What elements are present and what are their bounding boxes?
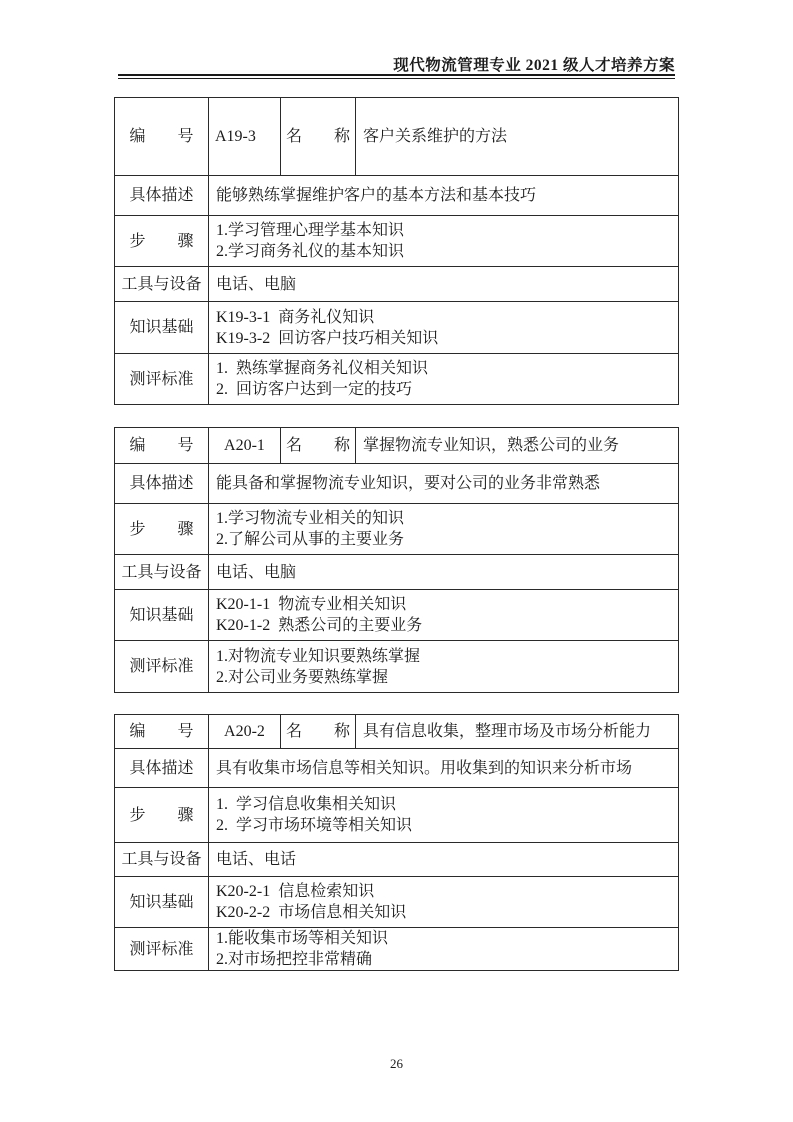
code-label: 编 号 (129, 721, 193, 742)
table-row: 编 号 A20-1 名 称 掌握物流专业知识，熟悉公司的业务 (115, 428, 678, 463)
row-label-cell: 步 骤 (115, 788, 208, 842)
content-line: 2.对市场把控非常精确 (216, 949, 372, 970)
header-double-rule (118, 74, 675, 79)
name-value: 掌握物流专业知识，熟悉公司的业务 (363, 435, 619, 456)
row-content-cell: K19-3-1 商务礼仪知识 K19-3-2 回访客户技巧相关知识 (208, 302, 678, 353)
row-label-cell: 具体描述 (115, 464, 208, 503)
content-line: 1. 熟练掌握商务礼仪相关知识 (216, 358, 428, 379)
table-row: 知识基础 K20-1-1 物流专业相关知识 K20-1-2 熟悉公司的主要业务 (115, 589, 678, 640)
row-content-cell: 电话、电脑 (208, 555, 678, 589)
row-content-cell: 1. 学习信息收集相关知识 2. 学习市场环境等相关知识 (208, 788, 678, 842)
row-label: 步 骤 (129, 231, 193, 252)
skill-table-a20-1: 编 号 A20-1 名 称 掌握物流专业知识，熟悉公司的业务 具体描述 能具备和… (114, 427, 679, 693)
name-label-cell: 名 称 (280, 98, 355, 175)
row-content-cell: 1. 熟练掌握商务礼仪相关知识 2. 回访客户达到一定的技巧 (208, 354, 678, 404)
name-label-cell: 名 称 (280, 428, 355, 463)
row-content-cell: 1.对物流专业知识要熟练掌握 2.对公司业务要熟练掌握 (208, 641, 678, 692)
row-content-cell: 具有收集市场信息等相关知识。用收集到的知识来分析市场 (208, 749, 678, 787)
row-label-cell: 测评标准 (115, 641, 208, 692)
code-value-cell: A20-2 (208, 715, 280, 748)
name-value-cell: 掌握物流专业知识，熟悉公司的业务 (355, 428, 678, 463)
row-label: 具体描述 (129, 473, 193, 494)
row-label-cell: 具体描述 (115, 176, 208, 215)
content-line: K20-2-2 市场信息相关知识 (216, 902, 406, 923)
name-label-cell: 名 称 (280, 715, 355, 748)
row-content-cell: 电话、电话 (208, 843, 678, 876)
table-row: 编 号 A19-3 名 称 客户关系维护的方法 (115, 98, 678, 175)
row-content-cell: 1.学习管理心理学基本知识 2.学习商务礼仪的基本知识 (208, 216, 678, 266)
row-label: 知识基础 (129, 892, 193, 913)
content-line: K20-2-1 信息检索知识 (216, 881, 374, 902)
name-label: 名 称 (286, 721, 350, 742)
row-label: 步 骤 (129, 805, 193, 826)
row-label-cell: 工具与设备 (115, 843, 208, 876)
name-value: 客户关系维护的方法 (363, 126, 507, 147)
row-label: 知识基础 (129, 317, 193, 338)
row-content-cell: 能具备和掌握物流专业知识，要对公司的业务非常熟悉 (208, 464, 678, 503)
table-row: 测评标准 1.对物流专业知识要熟练掌握 2.对公司业务要熟练掌握 (115, 640, 678, 692)
content-line: 具有收集市场信息等相关知识。用收集到的知识来分析市场 (216, 758, 632, 779)
code-value: A20-2 (224, 721, 265, 742)
row-label-cell: 知识基础 (115, 590, 208, 640)
row-label: 具体描述 (129, 185, 193, 206)
table-row: 编 号 A20-2 名 称 具有信息收集，整理市场及市场分析能力 (115, 715, 678, 748)
code-value: A19-3 (215, 126, 256, 147)
row-label: 工具与设备 (121, 562, 201, 583)
content-line: 能具备和掌握物流专业知识，要对公司的业务非常熟悉 (216, 473, 600, 494)
content-line: 能够熟练掌握维护客户的基本方法和基本技巧 (216, 185, 536, 206)
content-line: K19-3-2 回访客户技巧相关知识 (216, 328, 438, 349)
code-label-cell: 编 号 (115, 715, 208, 748)
row-label-cell: 知识基础 (115, 877, 208, 927)
row-label-cell: 步 骤 (115, 216, 208, 266)
row-content-cell: K20-2-1 信息检索知识 K20-2-2 市场信息相关知识 (208, 877, 678, 927)
page-header-title: 现代物流管理专业 2021 级人才培养方案 (393, 53, 675, 75)
content-line: 2. 学习市场环境等相关知识 (216, 815, 412, 836)
table-row: 步 骤 1. 学习信息收集相关知识 2. 学习市场环境等相关知识 (115, 787, 678, 842)
page-number: 26 (0, 1056, 793, 1072)
row-label: 工具与设备 (121, 274, 201, 295)
content-line: 2.了解公司从事的主要业务 (216, 529, 404, 550)
table-row: 工具与设备 电话、电脑 (115, 266, 678, 301)
row-content-cell: 能够熟练掌握维护客户的基本方法和基本技巧 (208, 176, 678, 215)
code-value-cell: A19-3 (208, 98, 280, 175)
row-label: 测评标准 (129, 369, 193, 390)
table-row: 步 骤 1.学习物流专业相关的知识 2.了解公司从事的主要业务 (115, 503, 678, 554)
content-line: 1.学习管理心理学基本知识 (216, 220, 404, 241)
name-label: 名 称 (286, 435, 350, 456)
content-line: 2.学习商务礼仪的基本知识 (216, 241, 404, 262)
row-label: 具体描述 (129, 758, 193, 779)
code-value-cell: A20-1 (208, 428, 280, 463)
content-line: 电话、电脑 (216, 274, 296, 295)
content-line: 1.能收集市场等相关知识 (216, 928, 388, 949)
name-label: 名 称 (286, 126, 350, 147)
content-line: 1. 学习信息收集相关知识 (216, 794, 396, 815)
content-line: 电话、电话 (216, 849, 296, 870)
content-line: 电话、电脑 (216, 562, 296, 583)
table-row: 测评标准 1. 熟练掌握商务礼仪相关知识 2. 回访客户达到一定的技巧 (115, 353, 678, 404)
code-value: A20-1 (224, 435, 265, 456)
row-label-cell: 工具与设备 (115, 555, 208, 589)
table-row: 工具与设备 电话、电脑 (115, 554, 678, 589)
table-row: 工具与设备 电话、电话 (115, 842, 678, 876)
code-label-cell: 编 号 (115, 428, 208, 463)
code-label: 编 号 (129, 435, 193, 456)
content-line: 2. 回访客户达到一定的技巧 (216, 379, 412, 400)
table-row: 知识基础 K20-2-1 信息检索知识 K20-2-2 市场信息相关知识 (115, 876, 678, 927)
row-label: 知识基础 (129, 605, 193, 626)
row-content-cell: 1.能收集市场等相关知识 2.对市场把控非常精确 (208, 928, 678, 970)
row-label-cell: 步 骤 (115, 504, 208, 554)
content-line: 1.对物流专业知识要熟练掌握 (216, 646, 420, 667)
row-label: 工具与设备 (121, 849, 201, 870)
table-row: 具体描述 具有收集市场信息等相关知识。用收集到的知识来分析市场 (115, 748, 678, 787)
row-label-cell: 工具与设备 (115, 267, 208, 301)
name-value-cell: 客户关系维护的方法 (355, 98, 678, 175)
document-page: 现代物流管理专业 2021 级人才培养方案 编 号 A19-3 名 称 客户关系… (0, 0, 793, 1122)
table-row: 具体描述 能够熟练掌握维护客户的基本方法和基本技巧 (115, 175, 678, 215)
table-row: 具体描述 能具备和掌握物流专业知识，要对公司的业务非常熟悉 (115, 463, 678, 503)
row-label-cell: 测评标准 (115, 354, 208, 404)
row-content-cell: 1.学习物流专业相关的知识 2.了解公司从事的主要业务 (208, 504, 678, 554)
row-label: 测评标准 (129, 656, 193, 677)
row-label-cell: 知识基础 (115, 302, 208, 353)
skill-table-a20-2: 编 号 A20-2 名 称 具有信息收集，整理市场及市场分析能力 具体描述 具有… (114, 714, 679, 971)
skill-table-a19-3: 编 号 A19-3 名 称 客户关系维护的方法 具体描述 能够熟练掌握维护客户的… (114, 97, 679, 405)
table-row: 测评标准 1.能收集市场等相关知识 2.对市场把控非常精确 (115, 927, 678, 970)
content-line: K20-1-2 熟悉公司的主要业务 (216, 615, 422, 636)
content-line: K20-1-1 物流专业相关知识 (216, 594, 406, 615)
table-row: 步 骤 1.学习管理心理学基本知识 2.学习商务礼仪的基本知识 (115, 215, 678, 266)
content-line: 1.学习物流专业相关的知识 (216, 508, 404, 529)
name-value: 具有信息收集，整理市场及市场分析能力 (363, 721, 651, 742)
content-line: 2.对公司业务要熟练掌握 (216, 667, 388, 688)
row-label: 步 骤 (129, 519, 193, 540)
name-value-cell: 具有信息收集，整理市场及市场分析能力 (355, 715, 678, 748)
code-label-cell: 编 号 (115, 98, 208, 175)
code-label: 编 号 (129, 126, 193, 147)
row-label: 测评标准 (129, 939, 193, 960)
row-content-cell: 电话、电脑 (208, 267, 678, 301)
content-line: K19-3-1 商务礼仪知识 (216, 307, 374, 328)
row-label-cell: 具体描述 (115, 749, 208, 787)
row-label-cell: 测评标准 (115, 928, 208, 970)
table-row: 知识基础 K19-3-1 商务礼仪知识 K19-3-2 回访客户技巧相关知识 (115, 301, 678, 353)
row-content-cell: K20-1-1 物流专业相关知识 K20-1-2 熟悉公司的主要业务 (208, 590, 678, 640)
